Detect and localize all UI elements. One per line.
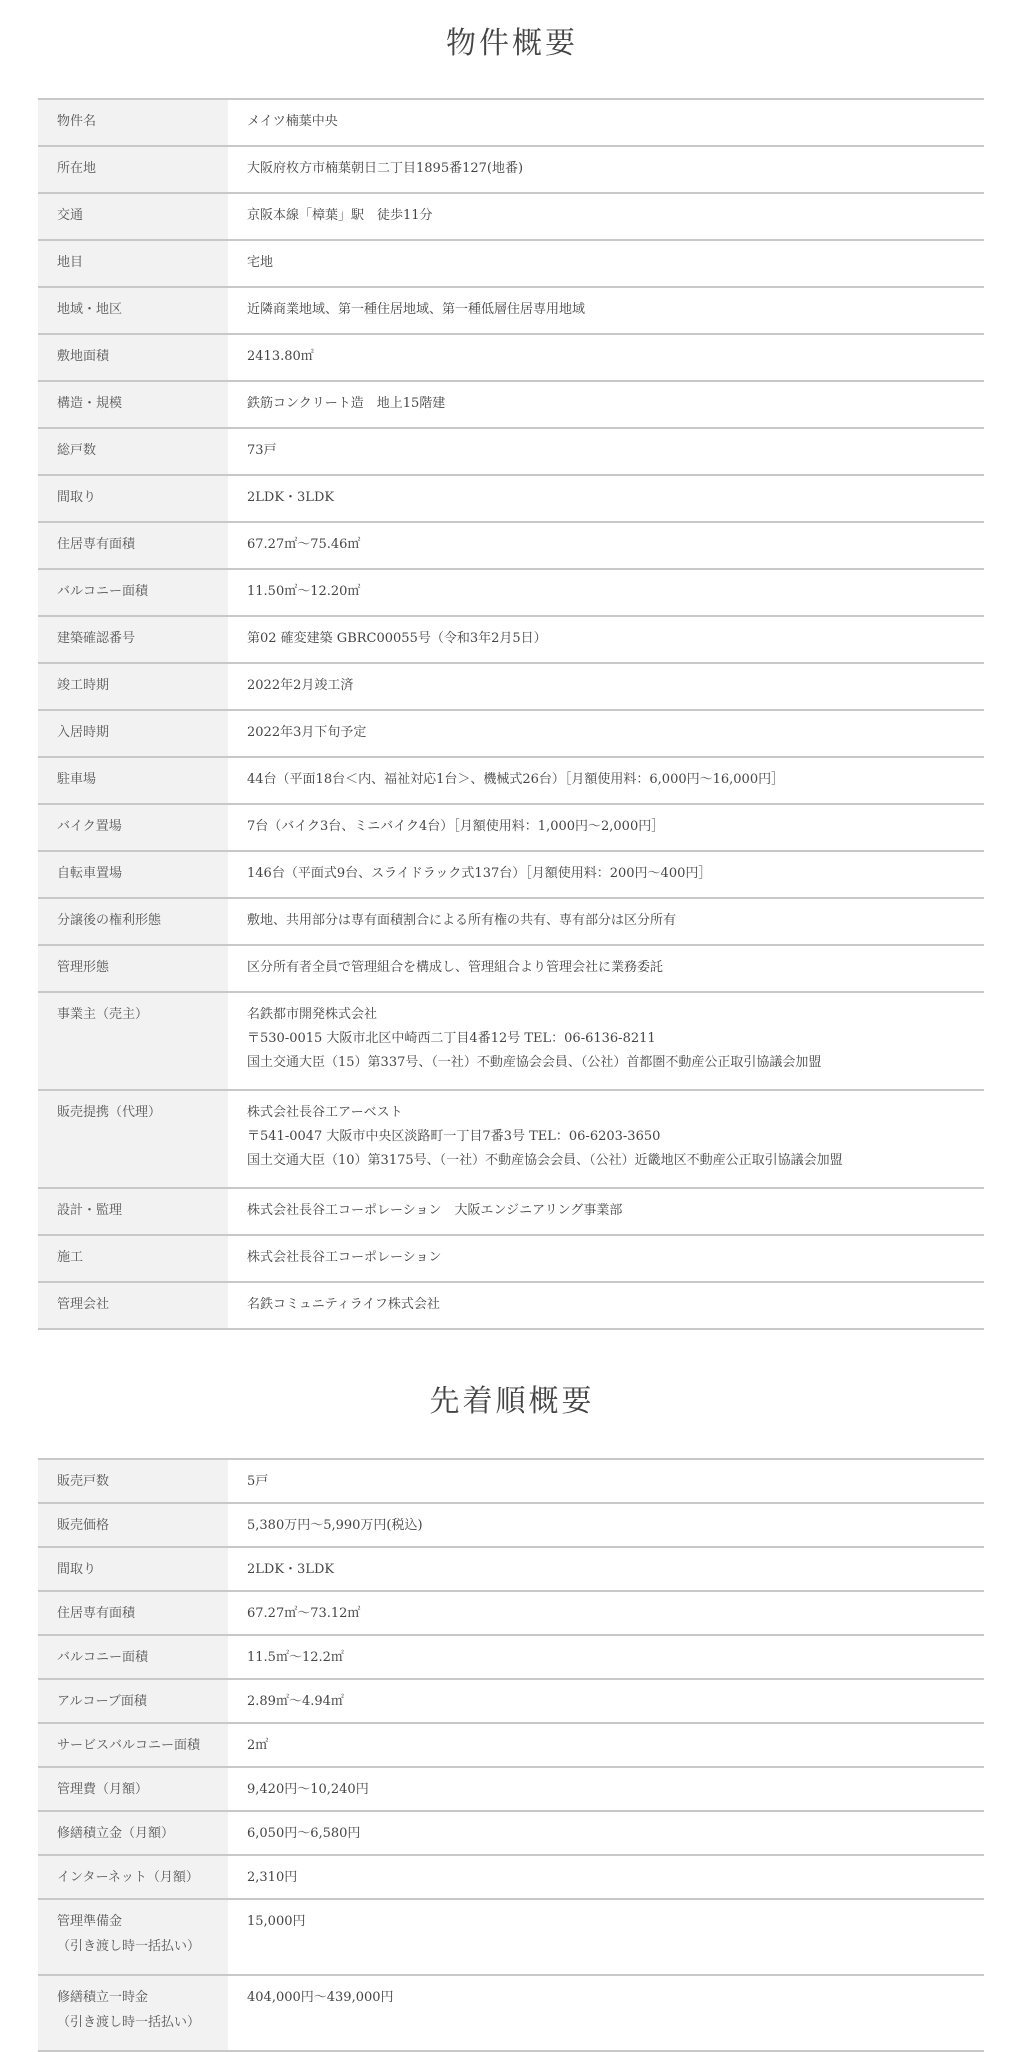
row-label: バルコニー面積	[38, 1635, 228, 1679]
row-value: 敷地、共用部分は専有面積割合による所有権の共有、専有部分は区分所有	[228, 898, 984, 945]
row-value-line: 146台（平面式9台、スライドラック式137台）［月額使用料：200円～400円…	[247, 864, 974, 883]
row-label: 管理準備金（引き渡し時一括払い）	[38, 1899, 228, 1975]
table-row: 間取り2LDK・3LDK	[38, 1547, 984, 1591]
row-value: 京阪本線「樟葉」駅 徒歩11分	[228, 193, 984, 240]
row-label: 管理形態	[38, 945, 228, 992]
first-come-overview-table: 販売戸数5戸販売価格5,380万円～5,990万円(税込)間取り2LDK・3LD…	[38, 1458, 984, 2052]
row-value: 2022年2月竣工済	[228, 663, 984, 710]
table-row: 建築確認番号第02 確変建築 GBRC00055号（令和3年2月5日）	[38, 616, 984, 663]
table-row: 構造・規模鉄筋コンクリート造 地上15階建	[38, 381, 984, 428]
row-value-line: 2022年2月竣工済	[247, 676, 974, 695]
property-overview-table: 物件名メイツ楠葉中央所在地大阪府枚方市楠葉朝日二丁目1895番127(地番)交通…	[38, 98, 984, 1330]
table-row: 販売戸数5戸	[38, 1459, 984, 1503]
row-value-line: 株式会社長谷工アーベスト	[247, 1103, 974, 1122]
table-row: 間取り2LDK・3LDK	[38, 475, 984, 522]
row-label: 住居専有面積	[38, 522, 228, 569]
table-row: 入居時期2022年3月下旬予定	[38, 710, 984, 757]
row-label: 設計・監理	[38, 1188, 228, 1235]
row-label: インターネット（月額）	[38, 1855, 228, 1899]
row-label: 管理費（月額）	[38, 1767, 228, 1811]
row-value-line: 名鉄コミュニティライフ株式会社	[247, 1295, 974, 1314]
row-value-line: 国土交通大臣（10）第3175号、（一社）不動産協会会員、（公社）近畿地区不動産…	[247, 1149, 974, 1173]
row-value-line: 京阪本線「樟葉」駅 徒歩11分	[247, 206, 974, 225]
row-value: 近隣商業地域、第一種住居地域、第一種低層住居専用地域	[228, 287, 984, 334]
row-label: 施工	[38, 1235, 228, 1282]
row-label-line: 修繕積立金（月額）	[57, 1824, 218, 1843]
row-value-line: メイツ楠葉中央	[247, 112, 974, 131]
row-label: 販売提携（代理）	[38, 1090, 228, 1188]
row-label-line: 住居専有面積	[57, 1604, 218, 1623]
table-row: 設計・監理株式会社長谷工コーポレーション 大阪エンジニアリング事業部	[38, 1188, 984, 1235]
row-label: 間取り	[38, 475, 228, 522]
row-value: 株式会社長谷工コーポレーション	[228, 1235, 984, 1282]
row-label: 物件名	[38, 99, 228, 146]
row-label: 販売価格	[38, 1503, 228, 1547]
row-value-line: 44台（平面18台＜内、福祉対応1台＞、機械式26台）［月額使用料：6,000円…	[247, 770, 974, 789]
row-value: 2㎡	[228, 1723, 984, 1767]
row-value: 2022年3月下旬予定	[228, 710, 984, 757]
table-row: 販売価格5,380万円～5,990万円(税込)	[38, 1503, 984, 1547]
row-value: 5,380万円～5,990万円(税込)	[228, 1503, 984, 1547]
table-row: 総戸数73戸	[38, 428, 984, 475]
table-row: インターネット（月額）2,310円	[38, 1855, 984, 1899]
first-come-overview-title: 先着順概要	[37, 1330, 987, 1458]
row-value-line: 2LDK・3LDK	[247, 488, 974, 507]
row-value-line: 2413.80㎡	[247, 347, 974, 366]
row-label: アルコーブ面積	[38, 1679, 228, 1723]
row-label: 構造・規模	[38, 381, 228, 428]
row-value-line: 鉄筋コンクリート造 地上15階建	[247, 394, 974, 413]
row-value: 2LDK・3LDK	[228, 475, 984, 522]
row-value: 区分所有者全員で管理組合を構成し、管理組合より管理会社に業務委託	[228, 945, 984, 992]
table-row: 事業主（売主）名鉄都市開発株式会社〒530-0015 大阪市北区中崎西二丁目4番…	[38, 992, 984, 1090]
row-label-line: 販売戸数	[57, 1472, 218, 1491]
row-value-line: 2022年3月下旬予定	[247, 723, 974, 742]
table-row: 駐車場44台（平面18台＜内、福祉対応1台＞、機械式26台）［月額使用料：6,0…	[38, 757, 984, 804]
row-label: 販売戸数	[38, 1459, 228, 1503]
row-label: サービスバルコニー面積	[38, 1723, 228, 1767]
row-label: 分譲後の権利形態	[38, 898, 228, 945]
row-value-line: 67.27㎡～75.46㎡	[247, 535, 974, 554]
row-label-line: （引き渡し時一括払い）	[57, 2013, 218, 2032]
row-value: 大阪府枚方市楠葉朝日二丁目1895番127(地番)	[228, 146, 984, 193]
table-row: 所在地大阪府枚方市楠葉朝日二丁目1895番127(地番)	[38, 146, 984, 193]
row-value: 67.27㎡～75.46㎡	[228, 522, 984, 569]
table-row: 分譲後の権利形態敷地、共用部分は専有面積割合による所有権の共有、専有部分は区分所…	[38, 898, 984, 945]
table-row: 地目宅地	[38, 240, 984, 287]
row-value: 2LDK・3LDK	[228, 1547, 984, 1591]
table-row: 物件名メイツ楠葉中央	[38, 99, 984, 146]
row-label: 間取り	[38, 1547, 228, 1591]
row-label-line: 修繕積立一時金	[57, 1988, 218, 2007]
row-label: 修繕積立金（月額）	[38, 1811, 228, 1855]
row-label-line: 管理準備金	[57, 1912, 218, 1931]
row-label: 事業主（売主）	[38, 992, 228, 1090]
row-label: 入居時期	[38, 710, 228, 757]
table-row: 管理会社名鉄コミュニティライフ株式会社	[38, 1282, 984, 1329]
row-value: 9,420円～10,240円	[228, 1767, 984, 1811]
row-label: 地目	[38, 240, 228, 287]
row-value: 404,000円～439,000円	[228, 1975, 984, 2051]
row-value: 名鉄都市開発株式会社〒530-0015 大阪市北区中崎西二丁目4番12号 TEL…	[228, 992, 984, 1090]
row-value: 146台（平面式9台、スライドラック式137台）［月額使用料：200円～400円…	[228, 851, 984, 898]
row-label-line: 間取り	[57, 1560, 218, 1579]
row-label: バルコニー面積	[38, 569, 228, 616]
row-value-line: 近隣商業地域、第一種住居地域、第一種低層住居専用地域	[247, 300, 974, 319]
row-label: バイク置場	[38, 804, 228, 851]
row-value-line: 第02 確変建築 GBRC00055号（令和3年2月5日）	[247, 629, 974, 648]
row-value: 7台（バイク3台、ミニバイク4台）［月額使用料：1,000円～2,000円］	[228, 804, 984, 851]
row-value-line: 7台（バイク3台、ミニバイク4台）［月額使用料：1,000円～2,000円］	[247, 817, 974, 836]
row-label: 地域・地区	[38, 287, 228, 334]
table-row: 修繕積立金（月額）6,050円～6,580円	[38, 1811, 984, 1855]
table-row: 住居専有面積67.27㎡～75.46㎡	[38, 522, 984, 569]
row-value-line: 〒541-0047 大阪市中央区淡路町一丁目7番3号 TEL：06-6203-3…	[247, 1125, 974, 1149]
row-value-line: 国土交通大臣（15）第337号、（一社）不動産協会会員、（公社）首都圏不動産公正…	[247, 1051, 974, 1075]
row-value: 株式会社長谷工コーポレーション 大阪エンジニアリング事業部	[228, 1188, 984, 1235]
table-row: 管理形態区分所有者全員で管理組合を構成し、管理組合より管理会社に業務委託	[38, 945, 984, 992]
table-row: 管理費（月額）9,420円～10,240円	[38, 1767, 984, 1811]
table-row: 住居専有面積67.27㎡～73.12㎡	[38, 1591, 984, 1635]
row-value-line: 11.50㎡～12.20㎡	[247, 582, 974, 601]
row-label-line: アルコーブ面積	[57, 1692, 218, 1711]
row-value: 73戸	[228, 428, 984, 475]
row-label-line: 販売価格	[57, 1516, 218, 1535]
table-row: バイク置場7台（バイク3台、ミニバイク4台）［月額使用料：1,000円～2,00…	[38, 804, 984, 851]
row-label-line: サービスバルコニー面積	[57, 1736, 218, 1755]
row-label-line: インターネット（月額）	[57, 1868, 218, 1887]
table-row: 地域・地区近隣商業地域、第一種住居地域、第一種低層住居専用地域	[38, 287, 984, 334]
row-value-line: 大阪府枚方市楠葉朝日二丁目1895番127(地番)	[247, 159, 974, 178]
table-row: 施工株式会社長谷工コーポレーション	[38, 1235, 984, 1282]
table-row: 管理準備金（引き渡し時一括払い）15,000円	[38, 1899, 984, 1975]
row-value: 株式会社長谷工アーベスト〒541-0047 大阪市中央区淡路町一丁目7番3号 T…	[228, 1090, 984, 1188]
row-value-line: 区分所有者全員で管理組合を構成し、管理組合より管理会社に業務委託	[247, 958, 974, 977]
row-value: 5戸	[228, 1459, 984, 1503]
row-value: 宅地	[228, 240, 984, 287]
table-row: 交通京阪本線「樟葉」駅 徒歩11分	[38, 193, 984, 240]
row-value-line: 〒530-0015 大阪市北区中崎西二丁目4番12号 TEL：06-6136-8…	[247, 1027, 974, 1051]
row-value: 11.5㎡～12.2㎡	[228, 1635, 984, 1679]
row-value: 2413.80㎡	[228, 334, 984, 381]
table-row: アルコーブ面積2.89㎡～4.94㎡	[38, 1679, 984, 1723]
row-value-line: 宅地	[247, 253, 974, 272]
row-label: 交通	[38, 193, 228, 240]
row-value: 2.89㎡～4.94㎡	[228, 1679, 984, 1723]
row-value: 67.27㎡～73.12㎡	[228, 1591, 984, 1635]
first-come-overview-section: 先着順概要 販売戸数5戸販売価格5,380万円～5,990万円(税込)間取り2L…	[37, 1330, 987, 2052]
row-value-line: 株式会社長谷工コーポレーション	[247, 1248, 974, 1267]
row-label: 敷地面積	[38, 334, 228, 381]
row-value-line: 73戸	[247, 441, 974, 460]
table-row: 敷地面積2413.80㎡	[38, 334, 984, 381]
row-label-line: （引き渡し時一括払い）	[57, 1937, 218, 1956]
property-overview-title: 物件概要	[37, 0, 987, 98]
table-row: 修繕積立一時金（引き渡し時一括払い）404,000円～439,000円	[38, 1975, 984, 2051]
row-label: 自転車置場	[38, 851, 228, 898]
row-label: 住居専有面積	[38, 1591, 228, 1635]
row-value: 第02 確変建築 GBRC00055号（令和3年2月5日）	[228, 616, 984, 663]
row-label: 総戸数	[38, 428, 228, 475]
row-label: 所在地	[38, 146, 228, 193]
row-label-line: バルコニー面積	[57, 1648, 218, 1667]
row-value: 6,050円～6,580円	[228, 1811, 984, 1855]
row-label: 管理会社	[38, 1282, 228, 1329]
row-label: 建築確認番号	[38, 616, 228, 663]
row-value-line: 敷地、共用部分は専有面積割合による所有権の共有、専有部分は区分所有	[247, 911, 974, 930]
table-row: バルコニー面積11.50㎡～12.20㎡	[38, 569, 984, 616]
table-row: 販売提携（代理）株式会社長谷工アーベスト〒541-0047 大阪市中央区淡路町一…	[38, 1090, 984, 1188]
row-value: 44台（平面18台＜内、福祉対応1台＞、機械式26台）［月額使用料：6,000円…	[228, 757, 984, 804]
row-value: 鉄筋コンクリート造 地上15階建	[228, 381, 984, 428]
row-value-line: 株式会社長谷工コーポレーション 大阪エンジニアリング事業部	[247, 1201, 974, 1220]
row-value: 名鉄コミュニティライフ株式会社	[228, 1282, 984, 1329]
row-label: 駐車場	[38, 757, 228, 804]
table-row: 竣工時期2022年2月竣工済	[38, 663, 984, 710]
table-row: バルコニー面積11.5㎡～12.2㎡	[38, 1635, 984, 1679]
table-row: 自転車置場146台（平面式9台、スライドラック式137台）［月額使用料：200円…	[38, 851, 984, 898]
row-value-line: 名鉄都市開発株式会社	[247, 1005, 974, 1024]
table-row: サービスバルコニー面積2㎡	[38, 1723, 984, 1767]
property-overview-section: 物件概要 物件名メイツ楠葉中央所在地大阪府枚方市楠葉朝日二丁目1895番127(…	[37, 0, 987, 1330]
row-value: 11.50㎡～12.20㎡	[228, 569, 984, 616]
row-label-line: 管理費（月額）	[57, 1780, 218, 1799]
row-value: メイツ楠葉中央	[228, 99, 984, 146]
row-label: 修繕積立一時金（引き渡し時一括払い）	[38, 1975, 228, 2051]
row-label: 竣工時期	[38, 663, 228, 710]
row-value: 15,000円	[228, 1899, 984, 1975]
row-value: 2,310円	[228, 1855, 984, 1899]
